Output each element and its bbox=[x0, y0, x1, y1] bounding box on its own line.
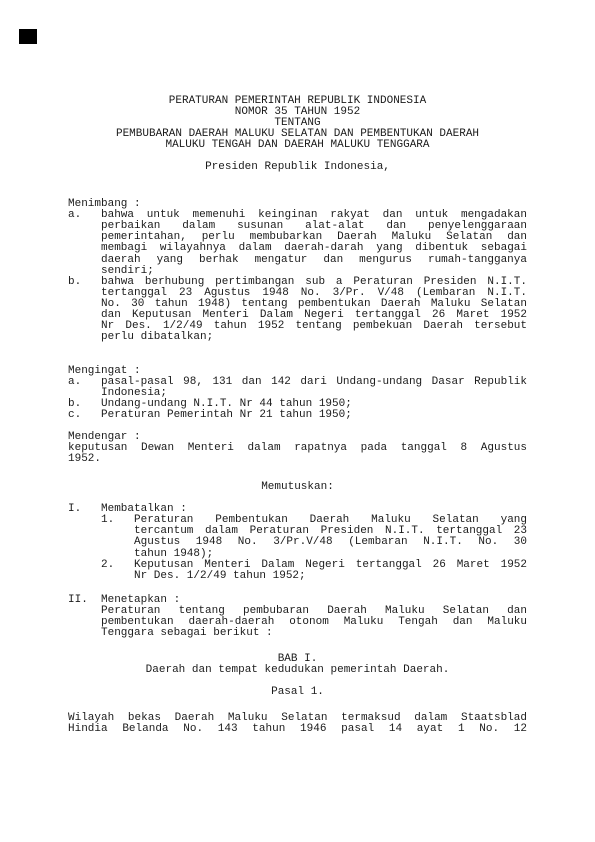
scan-artifact-mark bbox=[19, 29, 37, 44]
membatalkan-item-2: 2.Keputusan Menteri Dalam Negeri tertang… bbox=[68, 560, 527, 582]
text-line: 1952. bbox=[68, 454, 527, 465]
text-line: Daerah dan tempat kedudukan pemerintah D… bbox=[68, 665, 527, 676]
mendengar-paragraph: keputusan Dewan Menteri dalam rapatnya p… bbox=[68, 443, 527, 465]
membatalkan-item-1-label: 1. bbox=[101, 515, 114, 526]
memutuskan-heading: Memutuskan: bbox=[68, 482, 527, 493]
membatalkan-heading-label: I. bbox=[68, 504, 81, 515]
text-line: bahwa berhubung pertimbangan sub a Perat… bbox=[101, 277, 527, 288]
document-page: PERATURAN PEMERINTAH REPUBLIK INDONESIAN… bbox=[0, 0, 595, 842]
mengingat-item-a-label: a. bbox=[68, 377, 81, 388]
text-line: keputusan Dewan Menteri dalam rapatnya p… bbox=[68, 443, 527, 454]
title: PERATURAN PEMERINTAH REPUBLIK INDONESIAN… bbox=[68, 96, 527, 151]
text-line: Nr Des. 1/2/49 tahun 1952; bbox=[134, 571, 527, 582]
text-line: Agustus 1948 No. 3/Pr.V/48 (Lembaran N.I… bbox=[134, 537, 527, 548]
pasal-1-paragraph: Wilayah bekas Daerah Maluku Selatan term… bbox=[68, 713, 527, 735]
text-line: MALUKU TENGAH DAN DAERAH MALUKU TENGGARA bbox=[68, 140, 527, 151]
document-body: PERATURAN PEMERINTAH REPUBLIK INDONESIAN… bbox=[68, 96, 527, 735]
text-line: Memutuskan: bbox=[68, 482, 527, 493]
membatalkan-item-2-label: 2. bbox=[101, 560, 114, 571]
text-line: membagi wilayahnya dalam daerah-darah ya… bbox=[101, 243, 527, 254]
mengingat-item-a: a.pasal-pasal 98, 131 dan 142 dari Undan… bbox=[68, 377, 527, 399]
text-line: perlu dibatalkan; bbox=[101, 332, 527, 343]
pasal-1-heading: Pasal 1. bbox=[68, 687, 527, 698]
text-line: Tenggara sebagai berikut : bbox=[101, 628, 527, 639]
membatalkan-item-1: 1.Peraturan Pembentukan Daerah Maluku Se… bbox=[68, 515, 527, 559]
mengingat-item-c-label: c. bbox=[68, 410, 81, 421]
bab-1-heading: BAB I.Daerah dan tempat kedudukan pemeri… bbox=[68, 654, 527, 676]
text-line: Presiden Republik Indonesia, bbox=[68, 162, 527, 173]
menimbang-item-b: b.bahwa berhubung pertimbangan sub a Per… bbox=[68, 277, 527, 343]
menetapkan-paragraph: Peraturan tentang pembubaran Daerah Malu… bbox=[68, 606, 527, 639]
text-line: Keputusan Menteri Dalam Negeri tertangga… bbox=[134, 560, 527, 571]
text-line: Peraturan Pemerintah Nr 21 tahun 1950; bbox=[101, 410, 527, 421]
menetapkan-heading-label: II. bbox=[68, 595, 88, 606]
text-line: Pasal 1. bbox=[68, 687, 527, 698]
mengingat-item-c: c.Peraturan Pemerintah Nr 21 tahun 1950; bbox=[68, 410, 527, 421]
text-line: daerah yang berhak mengatur dan mengurus… bbox=[101, 255, 527, 266]
menimbang-item-b-label: b. bbox=[68, 277, 81, 288]
menimbang-item-a-label: a. bbox=[68, 210, 81, 221]
menimbang-item-a: a.bahwa untuk memenuhi keinginan rakyat … bbox=[68, 210, 527, 276]
salutation: Presiden Republik Indonesia, bbox=[68, 162, 527, 173]
text-line: tahun 1948); bbox=[134, 549, 527, 560]
text-line: sendiri; bbox=[101, 266, 527, 277]
text-line: Hindia Belanda No. 143 tahun 1946 pasal … bbox=[68, 724, 527, 735]
